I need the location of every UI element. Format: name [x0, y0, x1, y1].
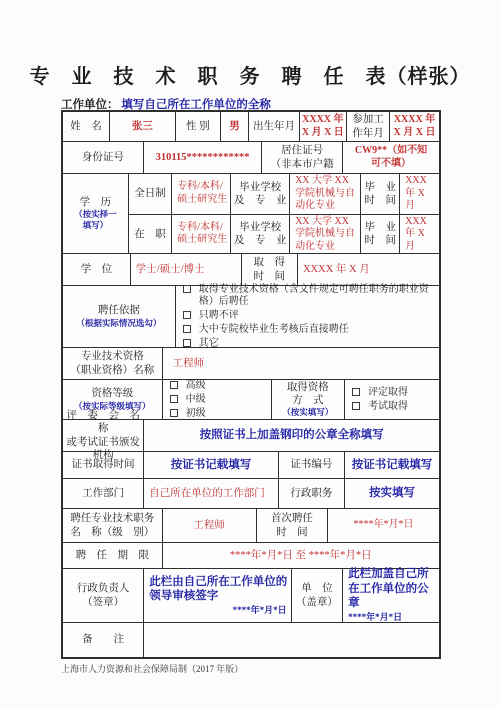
form-title: 专 业 技 术 职 务 聘 任 表（样张） [0, 0, 500, 89]
checkbox-icon [352, 388, 360, 396]
committee-label: 评 委 会 名 称 或考试证书颁发机构 [63, 420, 144, 451]
unit-seal-date: ****年*月*日 [348, 612, 402, 623]
footer-note: 上海市人力资源和社会保障局制（2017 年版） [61, 662, 243, 675]
method-label-note: （按实填写） [282, 407, 333, 418]
basis-options-cell: 取得专业技术资格（含文件规定可聘任职务的职业资格）后聘任 只聘不评 大中专院校毕… [176, 286, 439, 347]
document-page: 专 业 技 术 职 务 聘 任 表（样张） 工作单位： 填写自己所在工作单位的全… [0, 0, 500, 708]
checkbox-icon [183, 311, 191, 319]
unit-seal-label: 单 位 （盖章） [292, 569, 344, 622]
degree-time-value: XXXX 年 X 月 [298, 254, 439, 285]
basis-option-3: 大中专院校毕业生考核后直接聘任 [183, 324, 349, 336]
graduation-time-label-1: 毕 业 时 间 [361, 174, 400, 214]
join-date-value: XXXX 年 X 月 X 日 [390, 112, 439, 141]
row-appointment-basis: 聘任依据 （根据实际情况选勾） 取得专业技术资格（含文件规定可聘任职务的职业资格… [63, 286, 439, 348]
remark-label: 备 注 [63, 623, 144, 657]
cert-time-label: 证书取得时间 [63, 452, 144, 478]
checkbox-icon [183, 339, 191, 347]
qualification-name-label: 专业技术资格 （职业资格）名称 [63, 348, 163, 379]
cert-no-label: 证书编号 [279, 452, 345, 478]
basis-option-2-label: 只聘不评 [199, 310, 239, 322]
admin-post-label: 行政职务 [279, 479, 345, 508]
name-value: 张三 [110, 112, 176, 141]
education-type-onjob: 在 职 [129, 215, 172, 255]
dept-value: 自己所在单位的工作部门 [144, 479, 279, 508]
method-label: 取得资格 方 式 [287, 381, 329, 407]
basis-option-2: 只聘不评 [183, 310, 239, 322]
leader-signature-note: 此栏由自己所在工作单位的领导审核签字 [149, 575, 288, 604]
level-options-cell: 高级 中级 初级 [163, 380, 272, 419]
degree-value: 学士/硕士/博士 [131, 254, 242, 285]
education-label-note: （按实择一 填写） [74, 209, 117, 231]
basis-option-1-label: 取得专业技术资格（含文件规定可聘任职务的职业资格）后聘任 [199, 284, 435, 308]
checkbox-icon [170, 395, 178, 403]
education-row-onjob: 在 职 专科/本科/硕士研究生 毕业学校 及 专 业 XX 大学 XX 学院机械… [129, 215, 439, 255]
level-option-senior-label: 高级 [186, 380, 206, 392]
row-identity: 姓 名 张三 性 别 男 出生年月 XXXX 年 X 月 X 日 参加工 作年月… [63, 112, 439, 142]
row-qualification-name: 专业技术资格 （职业资格）名称 工程师 [63, 348, 439, 380]
row-certificate: 证书取得时间 按证书记载填写 证书编号 按证书记载填写 [63, 452, 439, 479]
row-id-number: 身份证号 310115************ 居住证号 （非本市户籍 CW9*… [63, 142, 439, 174]
checkbox-icon [170, 381, 178, 389]
basis-label-note: （根据实际情况选勾） [76, 318, 161, 329]
degree-label: 学 位 [63, 254, 131, 285]
position-label: 聘任专业技术职务 名 称（级 别） [63, 509, 163, 542]
method-options-cell: 评定取得 考试取得 [345, 380, 439, 419]
graduation-time-value-2: XXX 年 X 月 [400, 215, 439, 255]
level-option-middle: 中级 [170, 394, 206, 406]
level-option-middle-label: 中级 [186, 394, 206, 406]
admin-post-value: 按实填写 [345, 479, 439, 508]
graduation-school-label-2: 毕业学校 及 专 业 [231, 215, 290, 255]
education-label: 学 历 [80, 196, 112, 209]
cert-no-value: 按证书记载填写 [345, 452, 439, 478]
position-value: 工程师 [163, 509, 257, 542]
id-number-label: 身份证号 [63, 142, 144, 173]
form-table: 姓 名 张三 性 别 男 出生年月 XXXX 年 X 月 X 日 参加工 作年月… [61, 110, 441, 659]
committee-value: 按照证书上加盖钢印的公章全称填写 [144, 420, 439, 451]
checkbox-icon [170, 409, 178, 417]
method-option-assessed-label: 评定取得 [368, 387, 408, 399]
level-option-junior: 初级 [170, 408, 206, 420]
remark-value-cell [144, 623, 439, 657]
term-label: 聘 任 期 限 [63, 543, 163, 568]
graduation-time-value-1: XXX 年 X 月 [400, 174, 439, 214]
checkbox-icon [352, 402, 360, 410]
id-number-value: 310115************ [144, 142, 262, 173]
gender-label: 性 别 [176, 112, 221, 141]
unit-seal-note: 此栏加盖自己所在工作单位的公章 [348, 567, 437, 610]
qualification-name-value: 工程师 [163, 348, 439, 379]
education-degree-onjob: 专科/本科/硕士研究生 [172, 215, 231, 255]
row-degree: 学 位 学士/硕士/博士 取 得 时 间 XXXX 年 X 月 [63, 254, 439, 286]
first-appoint-label: 首次聘任 时 间 [257, 509, 328, 542]
birth-label: 出生年月 [249, 112, 300, 141]
method-label-cell: 取得资格 方 式 （按实填写） [272, 380, 345, 419]
row-approval: 行政负责人 （签章） 此栏由自己所在工作单位的领导审核签字 ****年*月*日 … [63, 569, 439, 623]
education-row-fulltime: 全日制 专科/本科/硕士研究生 毕业学校 及 专 业 XX 大学 XX 学院机械… [129, 174, 439, 215]
cert-time-value: 按证书记载填写 [144, 452, 279, 478]
leader-label: 行政负责人 （签章） [63, 569, 144, 622]
gender-value: 男 [221, 112, 249, 141]
row-committee: 评 委 会 名 称 或考试证书颁发机构 按照证书上加盖钢印的公章全称填写 [63, 420, 439, 452]
method-option-assessed: 评定取得 [352, 387, 408, 399]
unit-seal-cell: 此栏加盖自己所在工作单位的公章 ****年*月*日 [343, 569, 439, 622]
row-remark: 备 注 [63, 623, 439, 657]
row-education: 学 历 （按实择一 填写） 全日制 专科/本科/硕士研究生 毕业学校 及 专 业… [63, 174, 439, 254]
education-degree-fulltime: 专科/本科/硕士研究生 [172, 174, 231, 214]
term-value: ****年*月*日 至 ****年*月*日 [163, 543, 439, 568]
basis-label-cell: 聘任依据 （根据实际情况选勾） [63, 286, 176, 347]
join-date-label: 参加工 作年月 [347, 112, 390, 141]
method-option-exam: 考试取得 [352, 401, 408, 413]
education-type-fulltime: 全日制 [129, 174, 172, 214]
degree-time-label: 取 得 时 间 [242, 254, 298, 285]
basis-label: 聘任依据 [98, 304, 140, 317]
row-term: 聘 任 期 限 ****年*月*日 至 ****年*月*日 [63, 543, 439, 569]
graduation-school-value-1: XX 大学 XX 学院机械与自动化专业 [290, 174, 361, 214]
graduation-time-label-2: 毕 业 时 间 [361, 215, 400, 255]
name-label: 姓 名 [63, 112, 110, 141]
level-option-junior-label: 初级 [186, 408, 206, 420]
residence-permit-label: 居住证号 （非本市户籍 [262, 142, 343, 173]
level-option-senior: 高级 [170, 380, 206, 392]
basis-option-1: 取得专业技术资格（含文件规定可聘任职务的职业资格）后聘任 [183, 284, 435, 308]
row-department: 工作部门 自己所在单位的工作部门 行政职务 按实填写 [63, 479, 439, 509]
checkbox-icon [183, 285, 191, 293]
first-appoint-value: ****年*月*日 [328, 509, 439, 542]
residence-permit-value: CW9**（如不知 可不填） [343, 142, 439, 173]
method-option-exam-label: 考试取得 [368, 401, 408, 413]
basis-option-3-label: 大中专院校毕业生考核后直接聘任 [199, 324, 349, 336]
row-position: 聘任专业技术职务 名 称（级 别） 工程师 首次聘任 时 间 ****年*月*日 [63, 509, 439, 543]
education-subtable: 全日制 专科/本科/硕士研究生 毕业学校 及 专 业 XX 大学 XX 学院机械… [129, 174, 439, 253]
checkbox-icon [183, 325, 191, 333]
leader-signature-date: ****年*月*日 [233, 605, 289, 616]
education-label-cell: 学 历 （按实择一 填写） [63, 174, 129, 253]
graduation-school-label-1: 毕业学校 及 专 业 [231, 174, 290, 214]
dept-label: 工作部门 [63, 479, 144, 508]
graduation-school-value-2: XX 大学 XX 学院机械与自动化专业 [290, 215, 361, 255]
leader-signature-cell: 此栏由自己所在工作单位的领导审核签字 ****年*月*日 [144, 569, 291, 622]
birth-value: XXXX 年 X 月 X 日 [300, 112, 347, 141]
level-label: 资格等级 [91, 387, 133, 400]
